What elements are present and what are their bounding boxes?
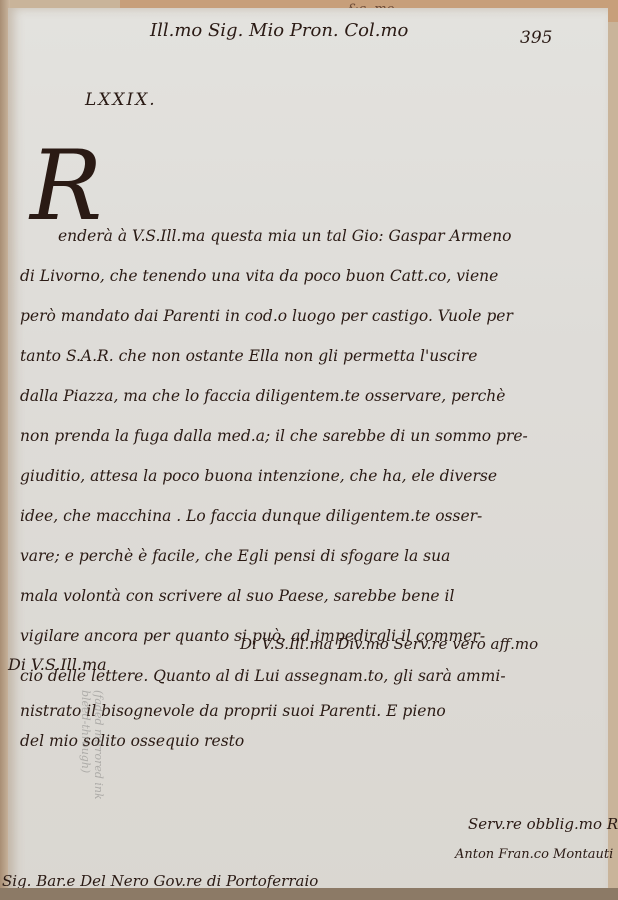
closing-formula: Di V.S.Ill.ma Div.mo Serv.re vero aff.mo xyxy=(240,635,538,653)
body-line: enderà à V.S.Ill.ma questa mia un tal Gi… xyxy=(20,216,610,256)
bottom-edge-shadow xyxy=(0,888,618,900)
body-line: non prenda la fuga dalla med.a; il che s… xyxy=(20,416,610,456)
body-line: vare; e perchè è facile, che Egli pensi … xyxy=(20,536,610,576)
body-line: del mio solito ossequio resto xyxy=(20,726,610,756)
body-line: dalla Piazza, ma che lo faccia diligente… xyxy=(20,376,610,416)
body-line: però mandato dai Parenti in cod.o luogo … xyxy=(20,296,610,336)
body-line: mala volontà con scrivere al suo Paese, … xyxy=(20,576,610,616)
body-line: idee, che macchina . Lo faccia dunque di… xyxy=(20,496,610,536)
salutation-left: Di V.S.Ill.ma xyxy=(8,655,107,674)
signature-line-2: Anton Fran.co Montauti xyxy=(455,847,613,862)
body-line: di Livorno, che tenendo una vita da poco… xyxy=(20,256,610,296)
letter-body: enderà à V.S.Ill.ma questa mia un tal Gi… xyxy=(20,216,610,756)
signature-line-1: Serv.re obblig.mo Riv.do xyxy=(468,815,618,833)
body-line: nistrato il bisognevole da proprii suoi … xyxy=(20,696,610,726)
body-line: cio delle lettere. Quanto al di Lui asse… xyxy=(20,656,610,696)
header-address: Ill.mo Sig. Mio Pron. Col.mo xyxy=(150,20,408,41)
folio-number: 395 xyxy=(520,28,552,48)
body-line: tanto S.A.R. che non ostante Ella non gl… xyxy=(20,336,610,376)
body-line: giuditio, attesa la poco buona intenzion… xyxy=(20,456,610,496)
reference-numeral: LXXIX. xyxy=(85,90,157,110)
faded-margin-note: (faded mirrored ink bleed-through) xyxy=(45,690,105,820)
